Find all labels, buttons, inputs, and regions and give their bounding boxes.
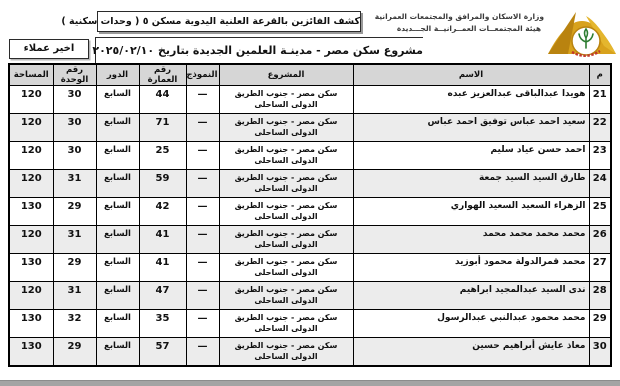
cell-name: سعيد احمد عباس توفيق احمد عباس	[353, 114, 589, 142]
cell-floor: السابع	[96, 310, 139, 338]
cell-serial: 25	[589, 198, 611, 226]
cell-floor: السابع	[96, 198, 139, 226]
column-header-building: رقم العمارة	[139, 64, 186, 86]
cell-name: محمد محمود عبدالنبي عبدالرسول	[353, 310, 589, 338]
cell-model: —	[186, 86, 219, 114]
cell-name: الزهراء السعيد السعيد الهواري	[353, 198, 589, 226]
cell-model: —	[186, 310, 219, 338]
cell-model: —	[186, 114, 219, 142]
ministry-line-2: هيئة المجتمعــات العمــرانيــة الجـــديد…	[394, 23, 544, 35]
cell-area: 130	[9, 254, 53, 282]
cell-unit: 30	[53, 142, 96, 170]
cell-floor: السابع	[96, 226, 139, 254]
table-row: 30 معاذ عايش أبراهيم حسين سكن مصر - جنوب…	[9, 338, 611, 366]
cell-name: هويدا عبدالباقى عبدالعزيز عبده	[353, 86, 589, 114]
cell-name: معاذ عايش أبراهيم حسين	[353, 338, 589, 366]
cell-building: 35	[139, 310, 186, 338]
winners-tbody: 21 هويدا عبدالباقى عبدالعزيز عبده سكن مص…	[9, 86, 611, 366]
cell-building: 71	[139, 114, 186, 142]
table-row: 22 سعيد احمد عباس توفيق احمد عباس سكن مص…	[9, 114, 611, 142]
cell-building: 41	[139, 226, 186, 254]
cell-area: 130	[9, 198, 53, 226]
page-title: كشف الفائزين بالقرعة العلنية اليدوية مسك…	[97, 11, 361, 32]
cell-project: سكن مصر - جنوب الطريق الدولى الساحلى	[219, 226, 353, 254]
column-header-name: الاسم	[353, 64, 589, 86]
cell-model: —	[186, 338, 219, 366]
column-header-unit: رقم الوحدة	[53, 64, 96, 86]
cell-unit: 29	[53, 338, 96, 366]
column-header-model: النموذج	[186, 64, 219, 86]
cell-area: 130	[9, 338, 53, 366]
table-row: 29 محمد محمود عبدالنبي عبدالرسول سكن مصر…	[9, 310, 611, 338]
document-page: وزارة الاسكان والمرافق والمجتمعات العمرا…	[0, 0, 620, 386]
cell-floor: السابع	[96, 254, 139, 282]
table-header-row: م الاسم المشروع النموذج رقم العمارة الدو…	[9, 64, 611, 86]
cell-serial: 27	[589, 254, 611, 282]
cell-name: ندى السيد عبدالمجيد ابراهيم	[353, 282, 589, 310]
table-row: 21 هويدا عبدالباقى عبدالعزيز عبده سكن مص…	[9, 86, 611, 114]
cell-unit: 31	[53, 170, 96, 198]
cell-building: 42	[139, 198, 186, 226]
table-row: 24 طارق السيد السيد جمعة سكن مصر - جنوب …	[9, 170, 611, 198]
cell-name: احمد حسن عياد سليم	[353, 142, 589, 170]
cell-floor: السابع	[96, 86, 139, 114]
cell-name: محمد قمرالدولة محمود أبوزيد	[353, 254, 589, 282]
table-row: 25 الزهراء السعيد السعيد الهواري سكن مصر…	[9, 198, 611, 226]
cell-project: سكن مصر - جنوب الطريق الدولى الساحلى	[219, 170, 353, 198]
cell-building: 44	[139, 86, 186, 114]
cell-unit: 30	[53, 86, 96, 114]
cell-building: 41	[139, 254, 186, 282]
cell-project: سكن مصر - جنوب الطريق الدولى الساحلى	[219, 114, 353, 142]
cell-area: 120	[9, 226, 53, 254]
cell-floor: السابع	[96, 142, 139, 170]
cell-serial: 28	[589, 282, 611, 310]
side-label: اخير عملاء	[9, 39, 89, 59]
table-row: 28 ندى السيد عبدالمجيد ابراهيم سكن مصر -…	[9, 282, 611, 310]
cell-model: —	[186, 226, 219, 254]
cell-serial: 23	[589, 142, 611, 170]
cell-serial: 26	[589, 226, 611, 254]
window-bottom-edge	[0, 380, 620, 386]
cell-building: 59	[139, 170, 186, 198]
cell-model: —	[186, 254, 219, 282]
cell-serial: 21	[589, 86, 611, 114]
cell-area: 120	[9, 86, 53, 114]
cell-building: 57	[139, 338, 186, 366]
column-header-floor: الدور	[96, 64, 139, 86]
cell-unit: 31	[53, 282, 96, 310]
cell-model: —	[186, 198, 219, 226]
cell-serial: 29	[589, 310, 611, 338]
cell-project: سكن مصر - جنوب الطريق الدولى الساحلى	[219, 142, 353, 170]
new-urban-communities-authority-logo-icon	[546, 2, 618, 58]
cell-area: 120	[9, 282, 53, 310]
column-header-area: المساحة	[9, 64, 53, 86]
ministry-name: وزارة الاسكان والمرافق والمجتمعات العمرا…	[394, 11, 544, 34]
column-header-project: المشروع	[219, 64, 353, 86]
cell-area: 120	[9, 170, 53, 198]
cell-floor: السابع	[96, 282, 139, 310]
cell-building: 25	[139, 142, 186, 170]
cell-project: سكن مصر - جنوب الطريق الدولى الساحلى	[219, 254, 353, 282]
page-subtitle: مشروع سكن مصر - مدينـة العلمين الجديدة ب…	[95, 37, 423, 63]
cell-project: سكن مصر - جنوب الطريق الدولى الساحلى	[219, 338, 353, 366]
cell-unit: 30	[53, 114, 96, 142]
cell-model: —	[186, 282, 219, 310]
table-row: 23 احمد حسن عياد سليم سكن مصر - جنوب الط…	[9, 142, 611, 170]
cell-building: 47	[139, 282, 186, 310]
cell-name: محمد محمد محمد محمد	[353, 226, 589, 254]
ministry-line-1: وزارة الاسكان والمرافق والمجتمعات العمرا…	[394, 11, 544, 23]
column-header-serial: م	[589, 64, 611, 86]
cell-project: سكن مصر - جنوب الطريق الدولى الساحلى	[219, 282, 353, 310]
cell-name: طارق السيد السيد جمعة	[353, 170, 589, 198]
cell-unit: 29	[53, 198, 96, 226]
cell-area: 120	[9, 114, 53, 142]
cell-area: 120	[9, 142, 53, 170]
cell-unit: 31	[53, 226, 96, 254]
cell-floor: السابع	[96, 170, 139, 198]
cell-model: —	[186, 142, 219, 170]
cell-area: 130	[9, 310, 53, 338]
cell-project: سكن مصر - جنوب الطريق الدولى الساحلى	[219, 198, 353, 226]
winners-table: م الاسم المشروع النموذج رقم العمارة الدو…	[8, 63, 612, 367]
cell-project: سكن مصر - جنوب الطريق الدولى الساحلى	[219, 310, 353, 338]
table-row: 27 محمد قمرالدولة محمود أبوزيد سكن مصر -…	[9, 254, 611, 282]
cell-floor: السابع	[96, 338, 139, 366]
cell-serial: 22	[589, 114, 611, 142]
cell-unit: 32	[53, 310, 96, 338]
table-row: 26 محمد محمد محمد محمد سكن مصر - جنوب ال…	[9, 226, 611, 254]
cell-serial: 30	[589, 338, 611, 366]
cell-project: سكن مصر - جنوب الطريق الدولى الساحلى	[219, 86, 353, 114]
cell-unit: 29	[53, 254, 96, 282]
cell-floor: السابع	[96, 114, 139, 142]
cell-model: —	[186, 170, 219, 198]
cell-serial: 24	[589, 170, 611, 198]
